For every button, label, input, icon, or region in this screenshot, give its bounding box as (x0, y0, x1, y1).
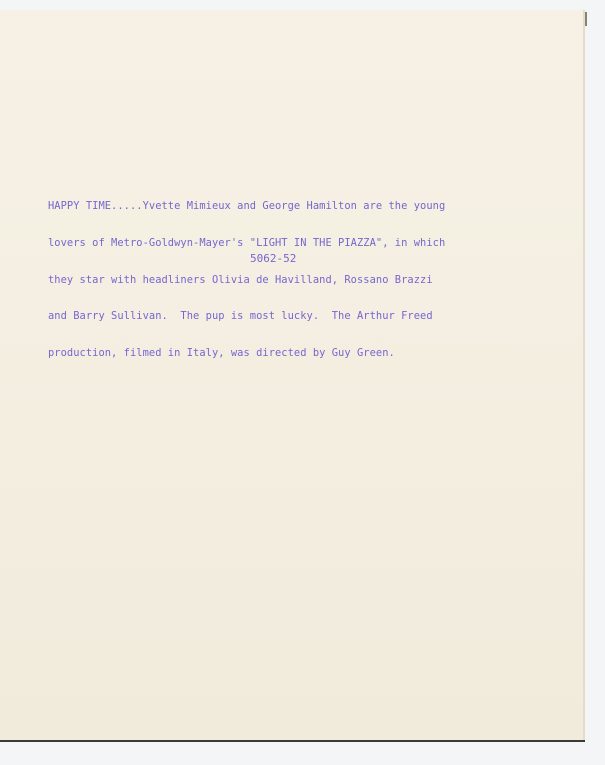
paper-sheet: HAPPY TIME.....Yvette Mimieux and George… (0, 10, 585, 740)
reference-number: 5062-52 (250, 252, 296, 265)
caption-line-5: production, filmed in Italy, was directe… (48, 347, 518, 359)
caption-line-1: HAPPY TIME.....Yvette Mimieux and George… (48, 200, 518, 212)
sheet-edge (585, 12, 587, 26)
scanned-page: HAPPY TIME.....Yvette Mimieux and George… (0, 0, 605, 765)
photo-caption: HAPPY TIME.....Yvette Mimieux and George… (48, 176, 518, 383)
caption-line-2: lovers of Metro-Goldwyn-Mayer's "LIGHT I… (48, 237, 518, 249)
caption-line-4: and Barry Sullivan. The pup is most luck… (48, 310, 518, 322)
caption-line-3: they star with headliners Olivia de Havi… (48, 274, 518, 286)
